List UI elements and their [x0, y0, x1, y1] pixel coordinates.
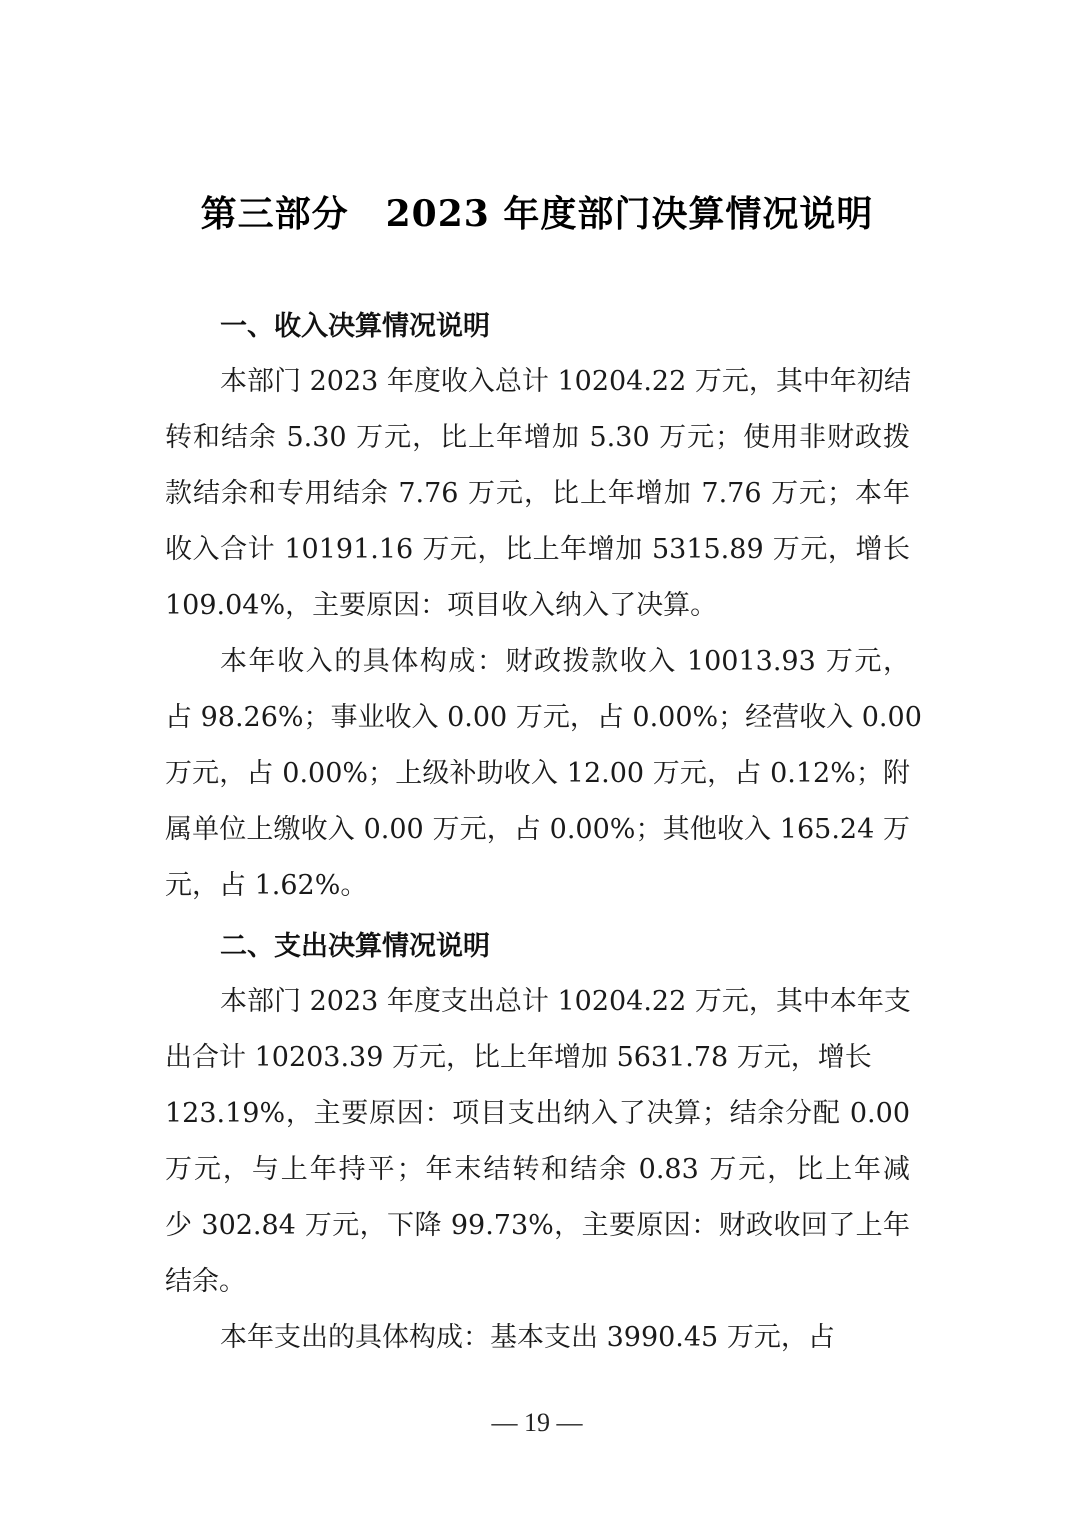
text-line: 本年支出的具体构成：基本支出 3990.45 万元，占: [220, 1318, 910, 1358]
text-line: 属单位上缴收入 0.00 万元，占 0.00%；其他收入 165.24 万: [165, 810, 910, 850]
text-line: 元，占 1.62%。: [165, 866, 910, 906]
section-heading-expenditure: 二、支出决算情况说明: [220, 924, 490, 963]
text-line: 出合计 10203.39 万元，比上年增加 5631.78 万元，增长: [165, 1038, 910, 1078]
page-number: — 19 —: [0, 1408, 1074, 1438]
text-line: 123.19%，主要原因：项目支出纳入了决算；结余分配 0.00: [165, 1094, 910, 1134]
text-line: 本年收入的具体构成：财政拨款收入 10013.93 万元，: [220, 642, 910, 682]
text-line: 款结余和专用结余 7.76 万元，比上年增加 7.76 万元；本年: [165, 474, 910, 514]
text-line: 占 98.26%；事业收入 0.00 万元，占 0.00%；经营收入 0.00: [165, 698, 910, 738]
document-page: 第三部分 2023 年度部门决算情况说明 一、收入决算情况说明 本部门 2023…: [0, 0, 1074, 1520]
text-line: 本部门 2023 年度收入总计 10204.22 万元，其中年初结: [220, 362, 910, 402]
text-line: 万元，与上年持平；年末结转和结余 0.83 万元，比上年减: [165, 1150, 910, 1190]
section-heading-income: 一、收入决算情况说明: [220, 304, 490, 343]
page-title: 第三部分 2023 年度部门决算情况说明: [0, 186, 1074, 237]
text-line: 收入合计 10191.16 万元，比上年增加 5315.89 万元，增长: [165, 530, 910, 570]
text-line: 结余。: [165, 1262, 910, 1302]
text-line: 转和结余 5.30 万元，比上年增加 5.30 万元；使用非财政拨: [165, 418, 910, 458]
text-line: 本部门 2023 年度支出总计 10204.22 万元，其中本年支: [220, 982, 910, 1022]
text-line: 109.04%，主要原因：项目收入纳入了决算。: [165, 586, 910, 626]
text-line: 少 302.84 万元，下降 99.73%，主要原因：财政收回了上年: [165, 1206, 910, 1246]
text-line: 万元，占 0.00%；上级补助收入 12.00 万元，占 0.12%；附: [165, 754, 910, 794]
